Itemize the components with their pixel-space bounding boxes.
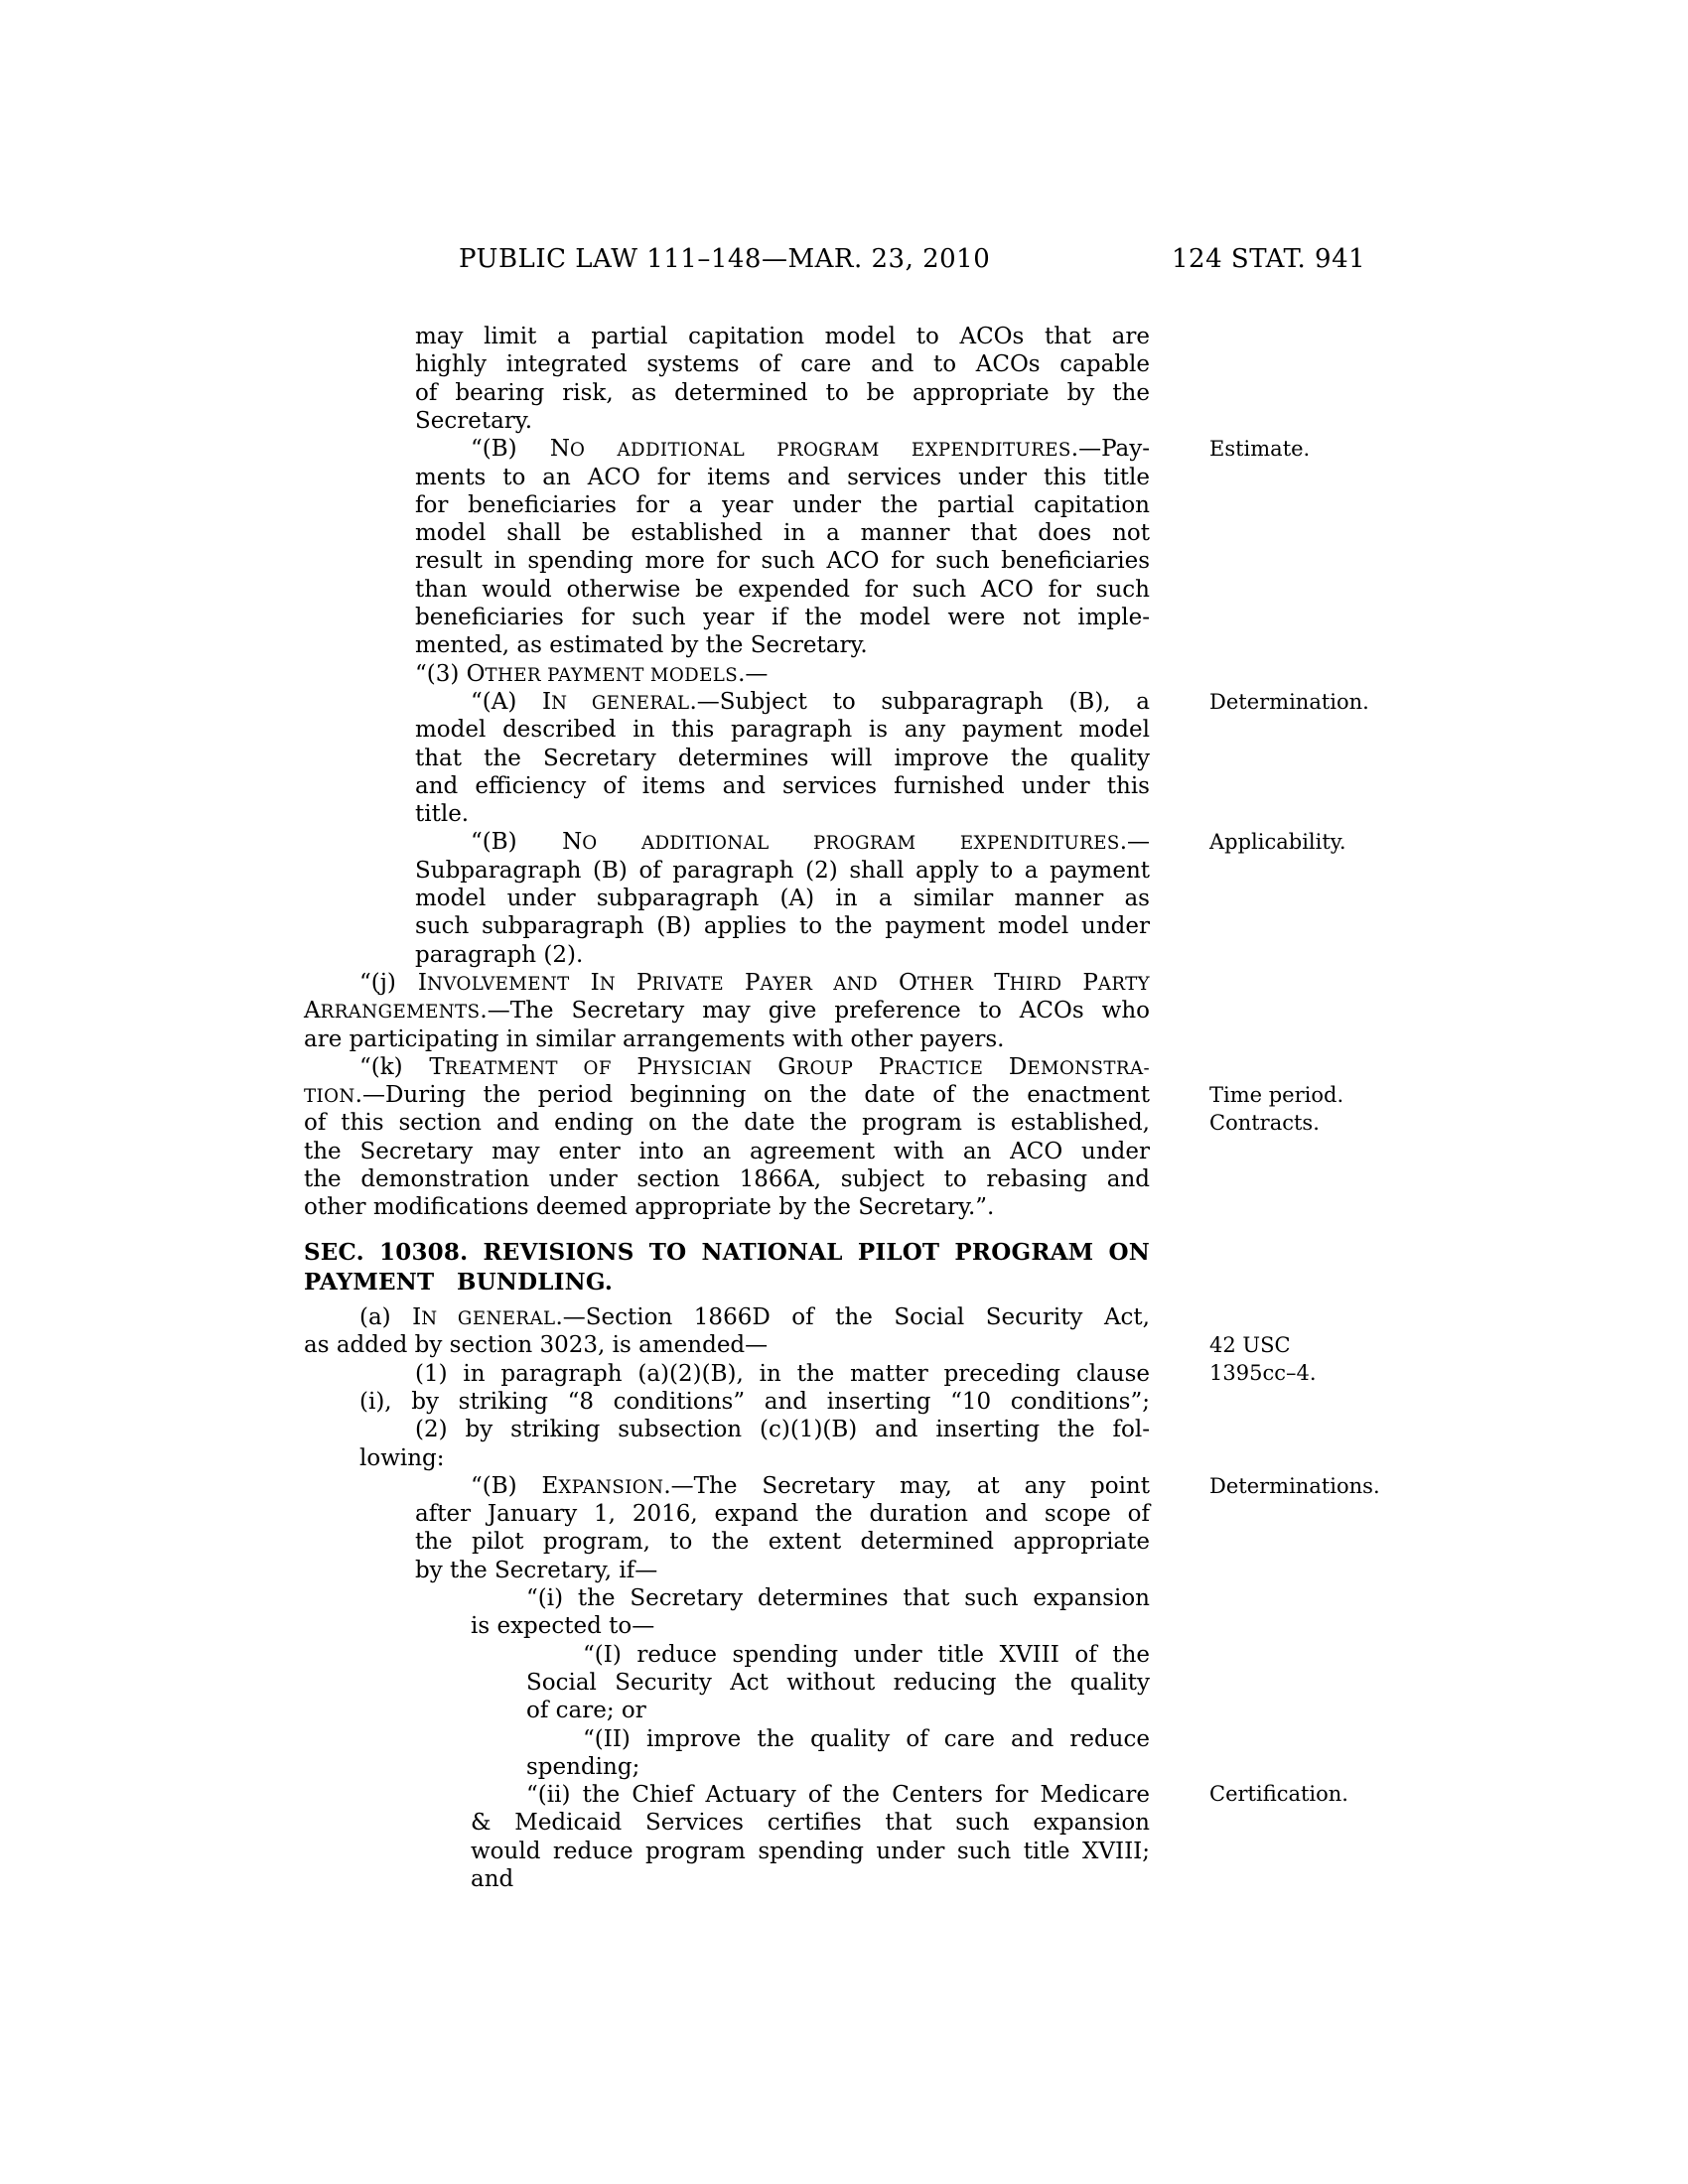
section-heading-line: BUNDLING. [457,1268,1150,1297]
section-body-line: “(i) the Secretary determines that such … [526,1584,1150,1612]
page-header: PUBLIC LAW 111–148—MAR. 23, 2010 124 STA… [0,244,1688,278]
quoted-aco-text-line: “(3) OTHER PAYMENT MODELS.— [415,660,1150,690]
quoted-aco-text-line: such subparagraph (B) applies to the pay… [415,912,1150,940]
quoted-aco-text-line: paragraph (2). [415,941,1150,969]
quoted-aco-text-line: result in spending more for such ACO for… [415,547,1150,575]
margin-note: Determination. [1209,688,1468,716]
margin-note: Determinations. [1209,1472,1468,1500]
quoted-aco-text-line: of this section and ending on the date t… [304,1109,1150,1137]
margin-note: Certification. [1209,1780,1468,1808]
quoted-aco-text-line: ARRANGEMENTS.—The Secretary may give pre… [304,997,1150,1026]
section-body-line: “(II) improve the quality of care and re… [583,1725,1150,1753]
quoted-aco-text-line: title. [415,800,1150,828]
quoted-aco-text-line: the Secretary may enter into an agreemen… [304,1138,1150,1165]
quoted-aco-text-line: “(B) NO ADDITIONAL PROGRAM EXPENDITURES.… [471,435,1150,465]
quoted-aco-text-line: that the Secretary determines will impro… [415,745,1150,772]
section-body-line: (2) by striking subsection (c)(1)(B) and… [415,1416,1150,1443]
margin-note: Contracts. [1209,1109,1468,1137]
quoted-aco-text-line: ments to an ACO for items and services u… [415,464,1150,491]
quoted-aco-text-line: model shall be established in a manner t… [415,519,1150,547]
margin-note: Time period. [1209,1081,1468,1109]
quoted-aco-text-line: “(A) IN GENERAL.—Subject to subparagraph… [471,688,1150,718]
margin-note: 42 USC [1209,1331,1468,1359]
section-body-line: after January 1, 2016, expand the durati… [415,1500,1150,1528]
margin-note: Applicability. [1209,828,1468,856]
section-body-line: by the Secretary, if— [415,1557,1150,1584]
running-head-law-title: PUBLIC LAW 111–148—MAR. 23, 2010 [459,244,990,274]
section-body-line: of care; or [526,1697,1150,1724]
section-body-line: spending; [526,1753,1150,1781]
section-body-line: “(B) EXPANSION.—The Secretary may, at an… [471,1472,1150,1502]
section-body-line: & Medicaid Services certifies that such … [471,1809,1150,1837]
margin-note: 1395cc–4. [1209,1359,1468,1387]
quoted-aco-text-line: Secretary. [415,407,1150,435]
quoted-aco-text-line: “(k) TREATMENT OF PHYSICIAN GROUP PRACTI… [359,1053,1150,1083]
quoted-aco-text-line: beneficiaries for such year if the model… [415,604,1150,631]
section-body-line: and [471,1865,1150,1893]
running-head-stat-page-number: 124 STAT. 941 [1172,244,1365,274]
quoted-aco-text-line: Subparagraph (B) of paragraph (2) shall … [415,857,1150,885]
quoted-aco-text-line: for beneficiaries for a year under the p… [415,491,1150,519]
quoted-aco-text-line: are participating in similar arrangement… [304,1025,1150,1053]
section-body-line: “(I) reduce spending under title XVIII o… [583,1641,1150,1669]
quoted-aco-text-line: of bearing risk, as determined to be app… [415,379,1150,407]
quoted-aco-text-line: model described in this paragraph is any… [415,716,1150,744]
quoted-aco-text-line: may limit a partial capitation model to … [415,323,1150,350]
section-body-line: would reduce program spending under such… [471,1838,1150,1865]
quoted-aco-text-line: and efficiency of items and services fur… [415,772,1150,800]
quoted-aco-text-line: mented, as estimated by the Secretary. [415,631,1150,659]
margin-note: Estimate. [1209,435,1468,463]
statute-page: PUBLIC LAW 111–148—MAR. 23, 2010 124 STA… [0,0,1688,2184]
section-body-line: (a) IN GENERAL.—Section 1866D of the Soc… [359,1303,1150,1333]
quoted-aco-text-line: other modifications deemed appropriate b… [304,1193,1150,1221]
section-body-line: is expected to— [471,1612,1150,1640]
quoted-aco-text-line: “(B) NO ADDITIONAL PROGRAM EXPENDITURES.… [471,828,1150,858]
section-body-line: (1) in paragraph (a)(2)(B), in the matte… [415,1360,1150,1388]
quoted-aco-text-line: the demonstration under section 1866A, s… [304,1165,1150,1193]
quoted-aco-text-line: “(j) INVOLVEMENT IN PRIVATE PAYER AND OT… [359,969,1150,999]
section-body-line: (i), by striking “8 conditions” and inse… [359,1388,1150,1416]
section-body-line: as added by section 3023, is amended— [304,1331,1150,1359]
quoted-aco-text-line: TION.—During the period beginning on the… [304,1081,1150,1111]
section-body-line: lowing: [359,1444,1150,1472]
section-body-line: Social Security Act without reducing the… [526,1669,1150,1697]
quoted-aco-text-line: than would otherwise be expended for suc… [415,576,1150,604]
section-body-line: the pilot program, to the extent determi… [415,1528,1150,1556]
quoted-aco-text-line: highly integrated systems of care and to… [415,350,1150,378]
section-body-line: “(ii) the Chief Actuary of the Centers f… [526,1781,1150,1809]
quoted-aco-text-line: model under subparagraph (A) in a simila… [415,885,1150,912]
